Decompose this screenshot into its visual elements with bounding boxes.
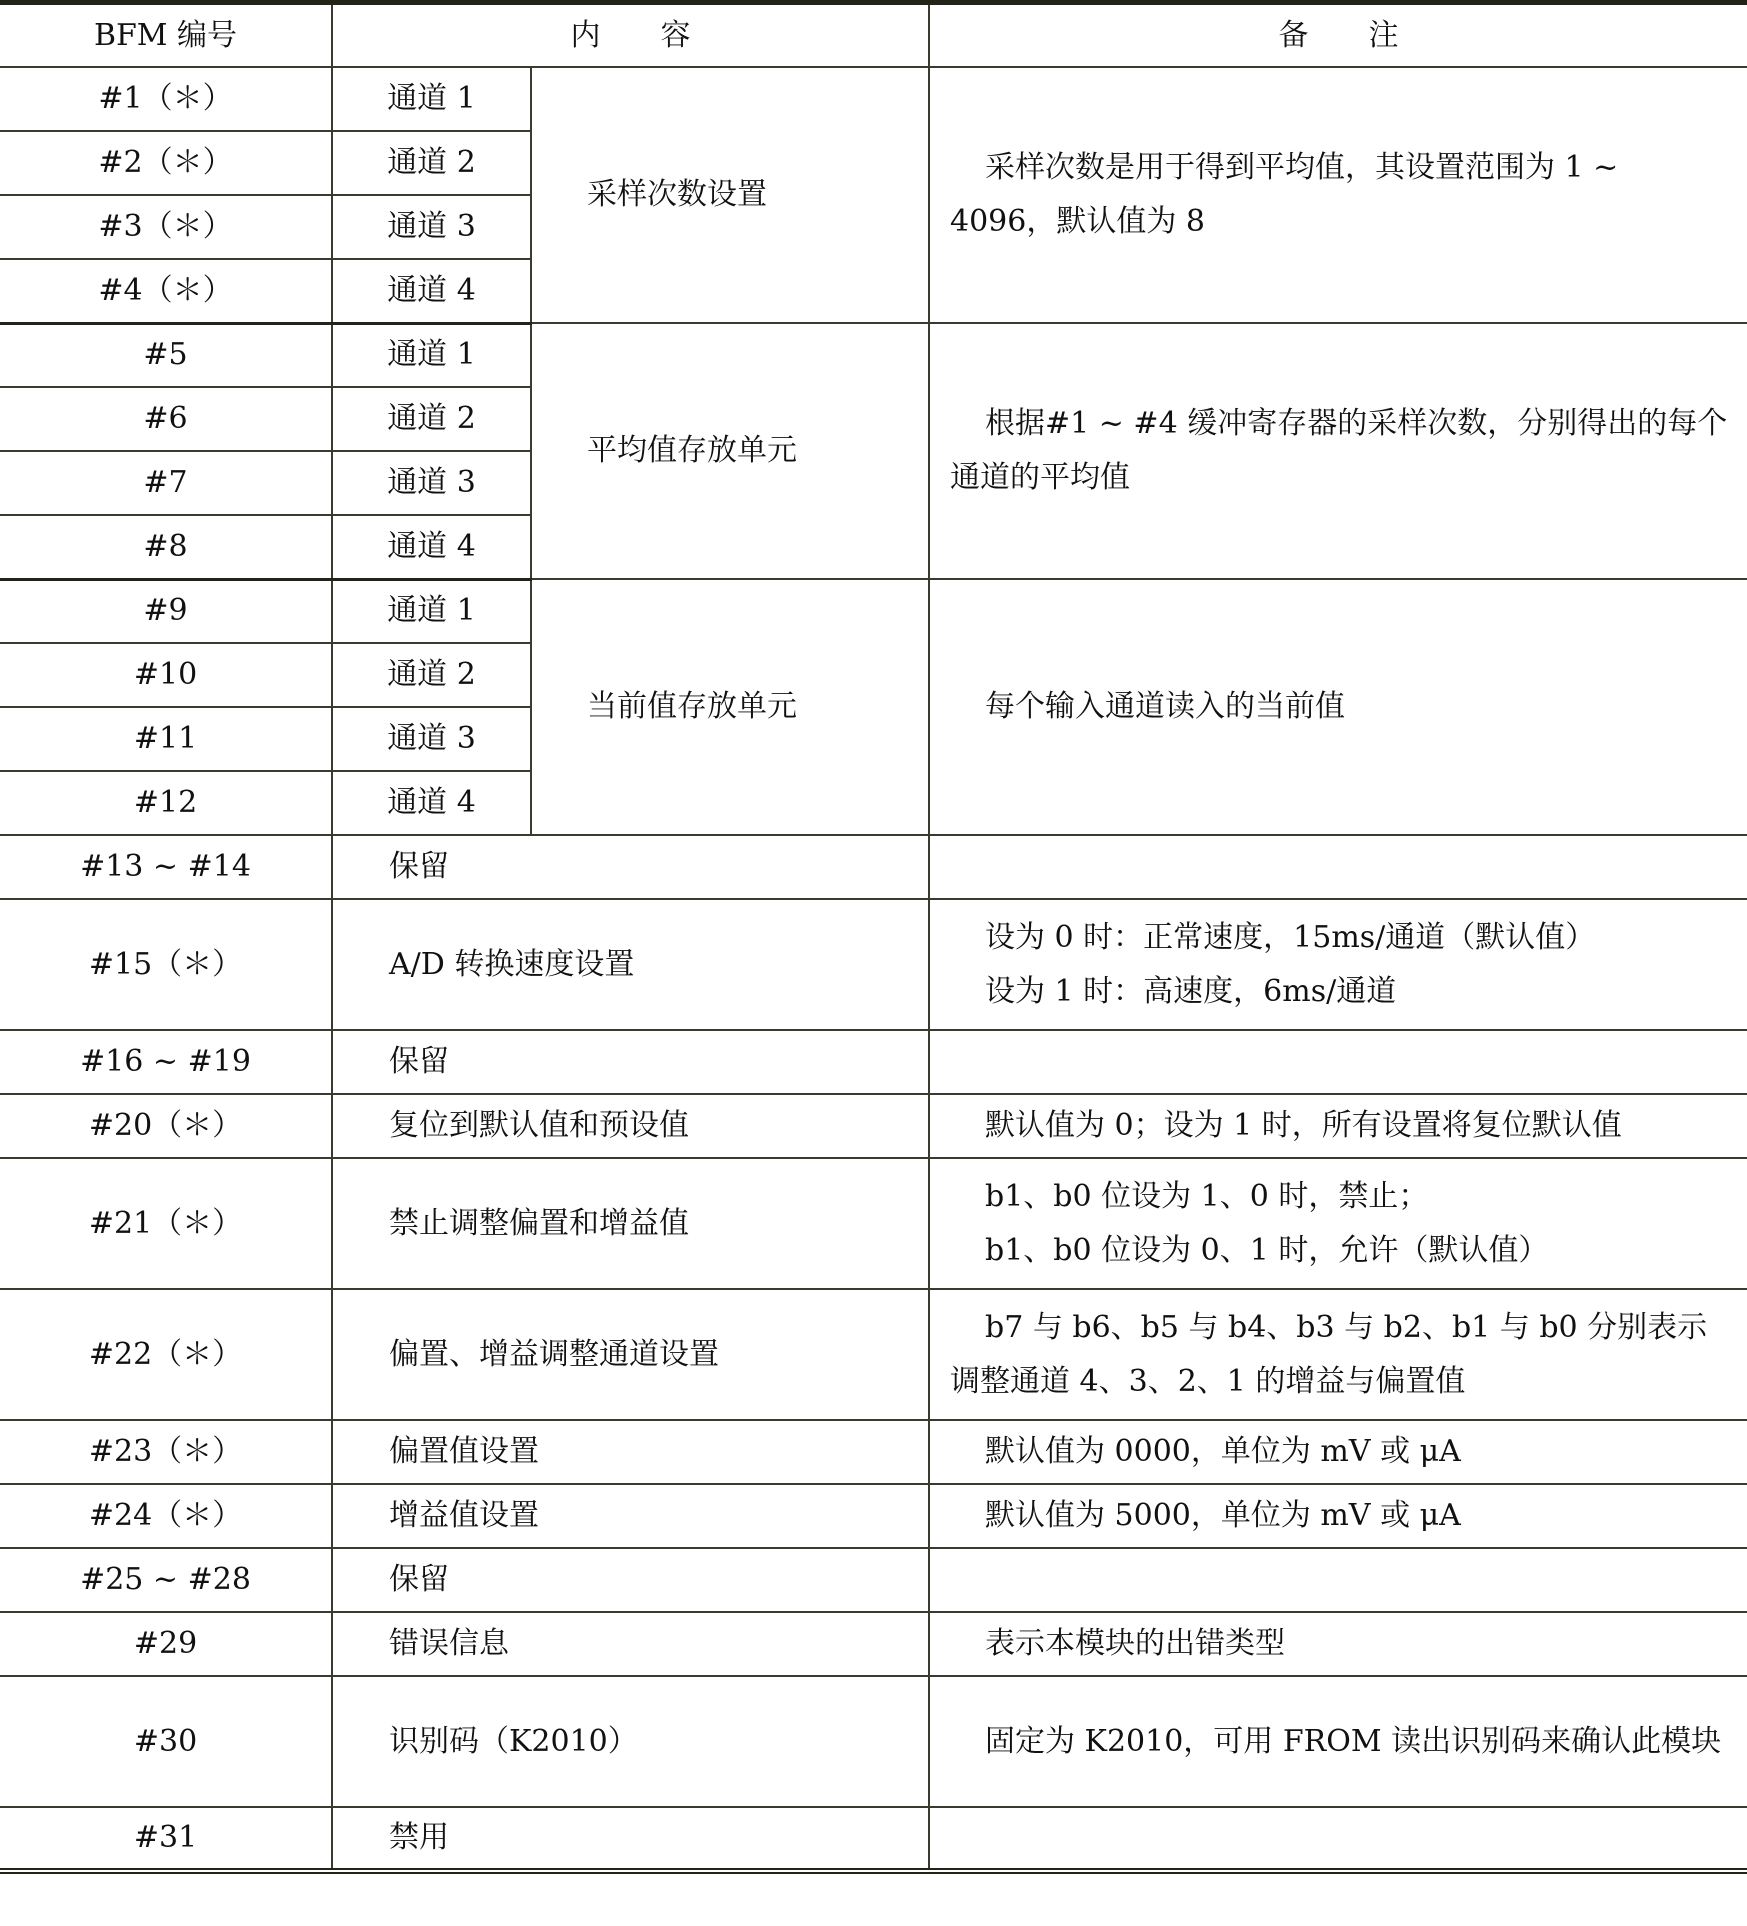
content-cell: 识别码（K2010） bbox=[332, 1676, 929, 1807]
remark-cell bbox=[929, 1548, 1747, 1612]
table-row: #5 通道 1 平均值存放单元 根据#1 ~ #4 缓冲寄存器的采样次数，分别得… bbox=[0, 323, 1747, 387]
bfm-cell: #7 bbox=[0, 451, 332, 515]
bfm-cell: #30 bbox=[0, 1676, 332, 1807]
bfm-cell: #24（＊） bbox=[0, 1484, 332, 1548]
channel-cell: 通道 2 bbox=[332, 387, 531, 451]
table-row: #22（＊） 偏置、增益调整通道设置 b7 与 b6、b5 与 b4、b3 与 … bbox=[0, 1289, 1747, 1420]
table-row: #20（＊） 复位到默认值和预设值 默认值为 0；设为 1 时，所有设置将复位默… bbox=[0, 1094, 1747, 1158]
header-row: BFM 编号 内 容 备 注 bbox=[0, 3, 1747, 68]
bfm-cell: #5 bbox=[0, 323, 332, 387]
remark-cell bbox=[929, 1030, 1747, 1094]
bfm-cell: #20（＊） bbox=[0, 1094, 332, 1158]
bfm-table: BFM 编号 内 容 备 注 #1（＊） 通道 1 采样次数设置 采样次数是用于… bbox=[0, 0, 1747, 1874]
content-cell: 当前值存放单元 bbox=[531, 579, 929, 835]
channel-cell: 通道 4 bbox=[332, 515, 531, 579]
channel-cell: 通道 4 bbox=[332, 771, 531, 835]
content-cell: 偏置值设置 bbox=[332, 1420, 929, 1484]
content-cell: 禁用 bbox=[332, 1807, 929, 1871]
bfm-cell: #12 bbox=[0, 771, 332, 835]
table-row: #21（＊） 禁止调整偏置和增益值 b1、b0 位设为 1、0 时，禁止； b1… bbox=[0, 1158, 1747, 1289]
table-row: #16 ~ #19 保留 bbox=[0, 1030, 1747, 1094]
bfm-cell: #2（＊） bbox=[0, 131, 332, 195]
table-row: #15（＊） A/D 转换速度设置 设为 0 时：正常速度，15ms/通道（默认… bbox=[0, 899, 1747, 1030]
channel-cell: 通道 2 bbox=[332, 643, 531, 707]
bfm-cell: #6 bbox=[0, 387, 332, 451]
content-cell: 增益值设置 bbox=[332, 1484, 929, 1548]
content-cell: 偏置、增益调整通道设置 bbox=[332, 1289, 929, 1420]
content-cell: 采样次数设置 bbox=[531, 67, 929, 323]
remark-cell bbox=[929, 1807, 1747, 1871]
remark-cell: 固定为 K2010，可用 FROM 读出识别码来确认此模块 bbox=[929, 1676, 1747, 1807]
table-row: #31 禁用 bbox=[0, 1807, 1747, 1871]
remark-cell bbox=[929, 835, 1747, 899]
remark-cell: 默认值为 0；设为 1 时，所有设置将复位默认值 bbox=[929, 1094, 1747, 1158]
bfm-cell: #13 ~ #14 bbox=[0, 835, 332, 899]
bfm-cell: #31 bbox=[0, 1807, 332, 1871]
remark-cell: 默认值为 0000，单位为 mV 或 μA bbox=[929, 1420, 1747, 1484]
channel-cell: 通道 4 bbox=[332, 259, 531, 323]
bfm-cell: #4（＊） bbox=[0, 259, 332, 323]
header-remark: 备 注 bbox=[929, 3, 1747, 68]
bfm-cell: #10 bbox=[0, 643, 332, 707]
channel-cell: 通道 1 bbox=[332, 579, 531, 643]
bfm-cell: #3（＊） bbox=[0, 195, 332, 259]
bfm-cell: #15（＊） bbox=[0, 899, 332, 1030]
remark-cell: 采样次数是用于得到平均值，其设置范围为 1 ~ 4096，默认值为 8 bbox=[929, 67, 1747, 323]
table-row: #23（＊） 偏置值设置 默认值为 0000，单位为 mV 或 μA bbox=[0, 1420, 1747, 1484]
content-cell: 保留 bbox=[332, 1030, 929, 1094]
bfm-cell: #1（＊） bbox=[0, 67, 332, 131]
header-bfm: BFM 编号 bbox=[0, 3, 332, 68]
bfm-cell: #29 bbox=[0, 1612, 332, 1676]
table-row: #24（＊） 增益值设置 默认值为 5000，单位为 mV 或 μA bbox=[0, 1484, 1747, 1548]
bfm-cell: #9 bbox=[0, 579, 332, 643]
content-cell: A/D 转换速度设置 bbox=[332, 899, 929, 1030]
bfm-cell: #8 bbox=[0, 515, 332, 579]
content-cell: 保留 bbox=[332, 835, 929, 899]
bfm-cell: #23（＊） bbox=[0, 1420, 332, 1484]
channel-cell: 通道 3 bbox=[332, 707, 531, 771]
content-cell: 复位到默认值和预设值 bbox=[332, 1094, 929, 1158]
header-content: 内 容 bbox=[332, 3, 929, 68]
bfm-cell: #11 bbox=[0, 707, 332, 771]
table-row: #25 ~ #28 保留 bbox=[0, 1548, 1747, 1612]
content-cell: 平均值存放单元 bbox=[531, 323, 929, 579]
content-cell: 禁止调整偏置和增益值 bbox=[332, 1158, 929, 1289]
channel-cell: 通道 1 bbox=[332, 323, 531, 387]
channel-cell: 通道 2 bbox=[332, 131, 531, 195]
bfm-cell: #22（＊） bbox=[0, 1289, 332, 1420]
table-row: #30 识别码（K2010） 固定为 K2010，可用 FROM 读出识别码来确… bbox=[0, 1676, 1747, 1807]
table-row: #9 通道 1 当前值存放单元 每个输入通道读入的当前值 bbox=[0, 579, 1747, 643]
remark-cell: 默认值为 5000，单位为 mV 或 μA bbox=[929, 1484, 1747, 1548]
channel-cell: 通道 3 bbox=[332, 195, 531, 259]
content-cell: 保留 bbox=[332, 1548, 929, 1612]
bfm-cell: #25 ~ #28 bbox=[0, 1548, 332, 1612]
bfm-cell: #21（＊） bbox=[0, 1158, 332, 1289]
remark-cell: 表示本模块的出错类型 bbox=[929, 1612, 1747, 1676]
bfm-cell: #16 ~ #19 bbox=[0, 1030, 332, 1094]
remark-cell: 设为 0 时：正常速度，15ms/通道（默认值） 设为 1 时：高速度，6ms/… bbox=[929, 899, 1747, 1030]
remark-cell: b1、b0 位设为 1、0 时，禁止； b1、b0 位设为 0、1 时，允许（默… bbox=[929, 1158, 1747, 1289]
table-row: #1（＊） 通道 1 采样次数设置 采样次数是用于得到平均值，其设置范围为 1 … bbox=[0, 67, 1747, 131]
table-row: #29 错误信息 表示本模块的出错类型 bbox=[0, 1612, 1747, 1676]
remark-cell: 根据#1 ~ #4 缓冲寄存器的采样次数，分别得出的每个通道的平均值 bbox=[929, 323, 1747, 579]
channel-cell: 通道 3 bbox=[332, 451, 531, 515]
table-row: #13 ~ #14 保留 bbox=[0, 835, 1747, 899]
remark-cell: b7 与 b6、b5 与 b4、b3 与 b2、b1 与 b0 分别表示调整通道… bbox=[929, 1289, 1747, 1420]
content-cell: 错误信息 bbox=[332, 1612, 929, 1676]
channel-cell: 通道 1 bbox=[332, 67, 531, 131]
remark-cell: 每个输入通道读入的当前值 bbox=[929, 579, 1747, 835]
